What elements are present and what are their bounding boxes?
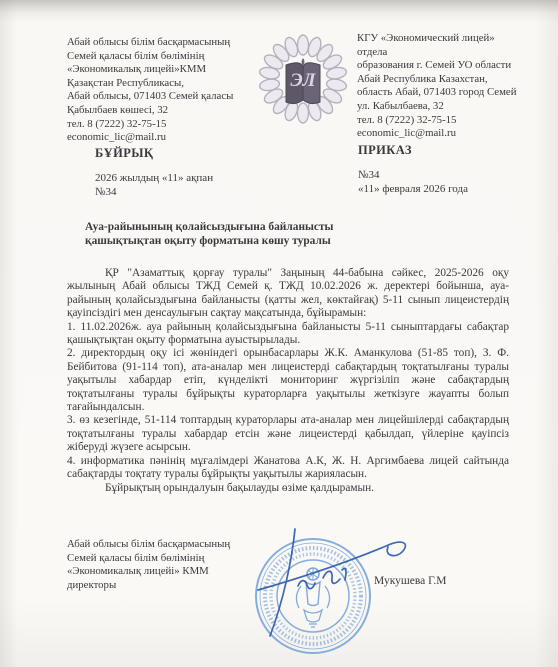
letterhead-phone: тел. 8 (7222) 32-75-15 — [67, 118, 267, 132]
body-paragraph-item-1: 1. 11.02.2026ж. ауа райының қолайсыздығы… — [67, 321, 509, 348]
order-title-russian: ПРИКАЗ — [358, 143, 412, 158]
letterhead-line: образования г. Семей УО области — [357, 59, 527, 73]
letterhead-line: Семей қаласы білім бөлімінің — [67, 50, 267, 64]
letterhead-line: область Абай, 071403 город Семей — [357, 86, 527, 100]
letterhead-line: Қабылбаев көшесі, 32 — [67, 104, 267, 118]
body-paragraph-item-3: 3. өз кезегінде, 51-114 топтардың курато… — [67, 414, 509, 454]
letterhead-line: ул. Кабылбаева, 32 — [357, 100, 527, 114]
letterhead-line: Абай облысы білім басқармасының — [67, 36, 267, 50]
order-date-kazakh: 2026 жылдың «11» ақпан — [95, 172, 213, 186]
order-subject: Ауа-райынының қолайсыздығына байланысты … — [85, 221, 405, 248]
order-title-kazakh: БҰЙРЫҚ — [95, 146, 153, 161]
subject-line: Ауа-райынының қолайсыздығына байланысты — [85, 221, 405, 235]
body-paragraph-item-4: 4. информатика пәнінің мұғалімдері Жанат… — [67, 455, 509, 482]
letterhead-russian: КГУ «Экономический лицей» отдела образов… — [357, 32, 527, 141]
letterhead-line: Қазақстан Республикасы, — [67, 77, 267, 91]
body-paragraph-control: Бұйрықтың орындалуын бақылауды өзіме қал… — [67, 482, 509, 495]
letterhead-line: «Экономикалық лицейі»КММ — [67, 63, 267, 77]
subject-line: қашықтықтан оқыту форматына көшу туралы — [85, 235, 405, 249]
svg-text:ЭЛ: ЭЛ — [290, 70, 316, 91]
letterhead-email: economic_lic@mail.ru — [357, 127, 527, 141]
letterhead-kazakh: Абай облысы білім басқармасының Семей қа… — [67, 36, 267, 145]
letterhead-line: КГУ «Экономический лицей» отдела — [357, 32, 527, 59]
body-paragraph-item-2: 2. директордың оқу ісі жөніндегі орынбас… — [67, 347, 509, 414]
letterhead-line: Абай Республика Казахстан, — [357, 73, 527, 87]
letterhead-phone: тел. 8 (7222) 32-75-15 — [357, 114, 527, 128]
order-body: ҚР "Азаматтық қорғау туралы" Заңының 44-… — [67, 267, 509, 495]
scanned-order-document: Абай облысы білім басқармасының Семей қа… — [0, 0, 558, 667]
order-date-block-russian: №34 «11» февраля 2026 года — [358, 169, 468, 196]
letterhead-line: Абай облысы, 071403 Семей қаласы — [67, 90, 267, 104]
round-stamp-icon — [238, 514, 474, 666]
letterhead-email: economic_lic@mail.ru — [67, 131, 267, 145]
order-number-kazakh: №34 — [95, 186, 213, 200]
laurel-wreath-emblem: ЭЛ — [255, 34, 351, 124]
order-date-block-kazakh: 2026 жылдың «11» ақпан №34 — [95, 172, 213, 199]
order-number-russian: №34 — [358, 169, 468, 183]
official-stamp-and-signature — [238, 514, 474, 666]
order-date-russian: «11» февраля 2026 года — [358, 183, 468, 197]
director-name: Мукушева Г.М — [374, 575, 447, 587]
lyceum-emblem-icon: ЭЛ — [255, 34, 351, 124]
body-paragraph-preamble: ҚР "Азаматтық қорғау туралы" Заңының 44-… — [67, 267, 509, 321]
